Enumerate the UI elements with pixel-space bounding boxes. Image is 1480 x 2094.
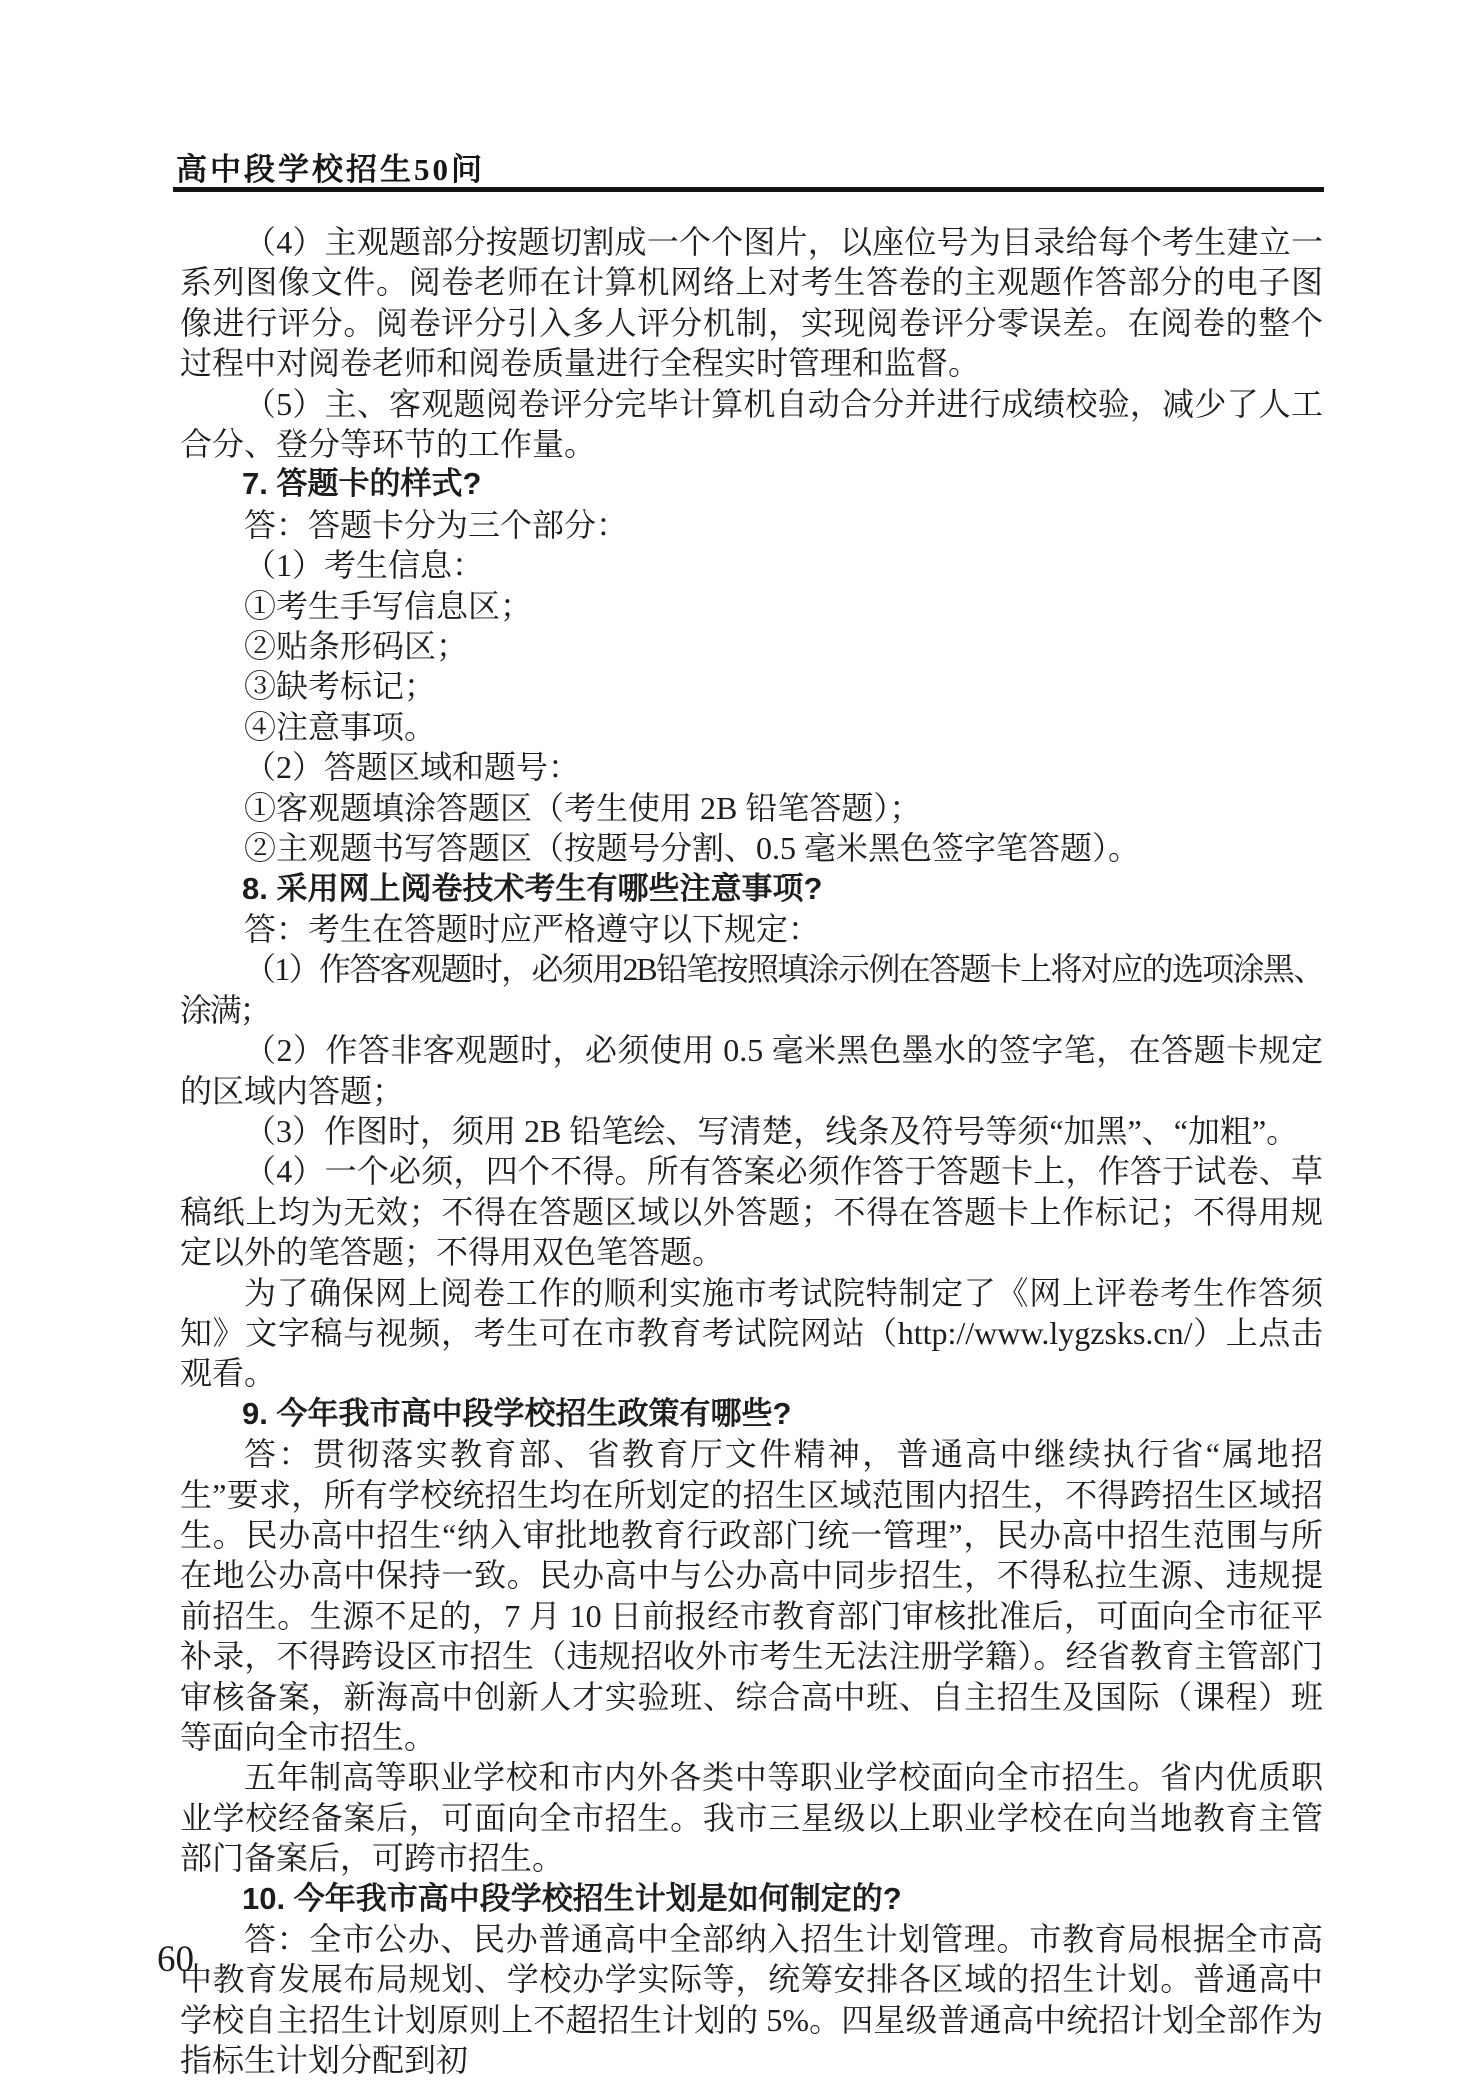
paragraph: （2）答题区域和题号： [180, 747, 1323, 787]
question-heading: 7. 答题卡的样式? [180, 464, 1323, 504]
paragraph: ①考生手写信息区； [180, 586, 1323, 626]
page-number: 60 [157, 1938, 194, 1981]
paragraph: （4）主观题部分按题切割成一个个图片，以座位号为目录给每个考生建立一系列图像文件… [180, 222, 1323, 384]
question-heading: 8. 采用网上阅卷技术考生有哪些注意事项? [180, 869, 1323, 909]
paragraph: ①客观题填涂答题区（考生使用 2B 铅笔答题）； [180, 788, 1323, 828]
paragraph: ②贴条形码区； [180, 626, 1323, 666]
paragraph: （5）主、客观题阅卷评分完毕计算机自动合分并进行成绩校验，减少了人工合分、登分等… [180, 384, 1323, 465]
document-page: 高中段学校招生50问 （4）主观题部分按题切割成一个个图片，以座位号为目录给每个… [0, 0, 1480, 2094]
question-heading: 10. 今年我市高中段学校招生计划是如何制定的? [180, 1879, 1323, 1919]
paragraph: 五年制高等职业学校和市内外各类中等职业学校面向全市招生。省内优质职业学校经备案后… [180, 1757, 1323, 1878]
paragraph: 答：考生在答题时应严格遵守以下规定： [180, 909, 1323, 949]
paragraph: ③缺考标记； [180, 666, 1323, 706]
paragraph: （1）作答客观题时，必须用2B铅笔按照填涂示例在答题卡上将对应的选项涂黑、涂满； [180, 949, 1323, 1030]
paragraph: 为了确保网上阅卷工作的顺利实施市考试院特制定了《网上评卷考生作答须知》文字稿与视… [180, 1273, 1323, 1394]
paragraph: 答：全市公办、民办普通高中全部纳入招生计划管理。市教育局根据全市高中教育发展布局… [180, 1919, 1323, 2081]
header-rule [173, 187, 1324, 192]
paragraph: （1）考生信息： [180, 545, 1323, 585]
paragraph: （4）一个必须，四个不得。所有答案必须作答于答题卡上，作答于试卷、草稿纸上均为无… [180, 1151, 1323, 1272]
paragraph: 答：贯彻落实教育部、省教育厅文件精神，普通高中继续执行省“属地招生”要求，所有学… [180, 1434, 1323, 1757]
content-area: （4）主观题部分按题切割成一个个图片，以座位号为目录给每个考生建立一系列图像文件… [180, 222, 1323, 2081]
paragraph: （2）作答非客观题时，必须使用 0.5 毫米黑色墨水的签字笔，在答题卡规定的区域… [180, 1030, 1323, 1111]
paragraph: 答：答题卡分为三个部分： [180, 505, 1323, 545]
question-heading: 9. 今年我市高中段学校招生政策有哪些? [180, 1394, 1323, 1434]
paragraph: ④注意事项。 [180, 707, 1323, 747]
paragraph: （3）作图时，须用 2B 铅笔绘、写清楚，线条及符号等须“加黑”、“加粗”。 [180, 1111, 1323, 1151]
paragraph: ②主观题书写答题区（按题号分割、0.5 毫米黑色签字笔答题）。 [180, 828, 1323, 868]
running-header-title: 高中段学校招生50问 [176, 144, 485, 189]
